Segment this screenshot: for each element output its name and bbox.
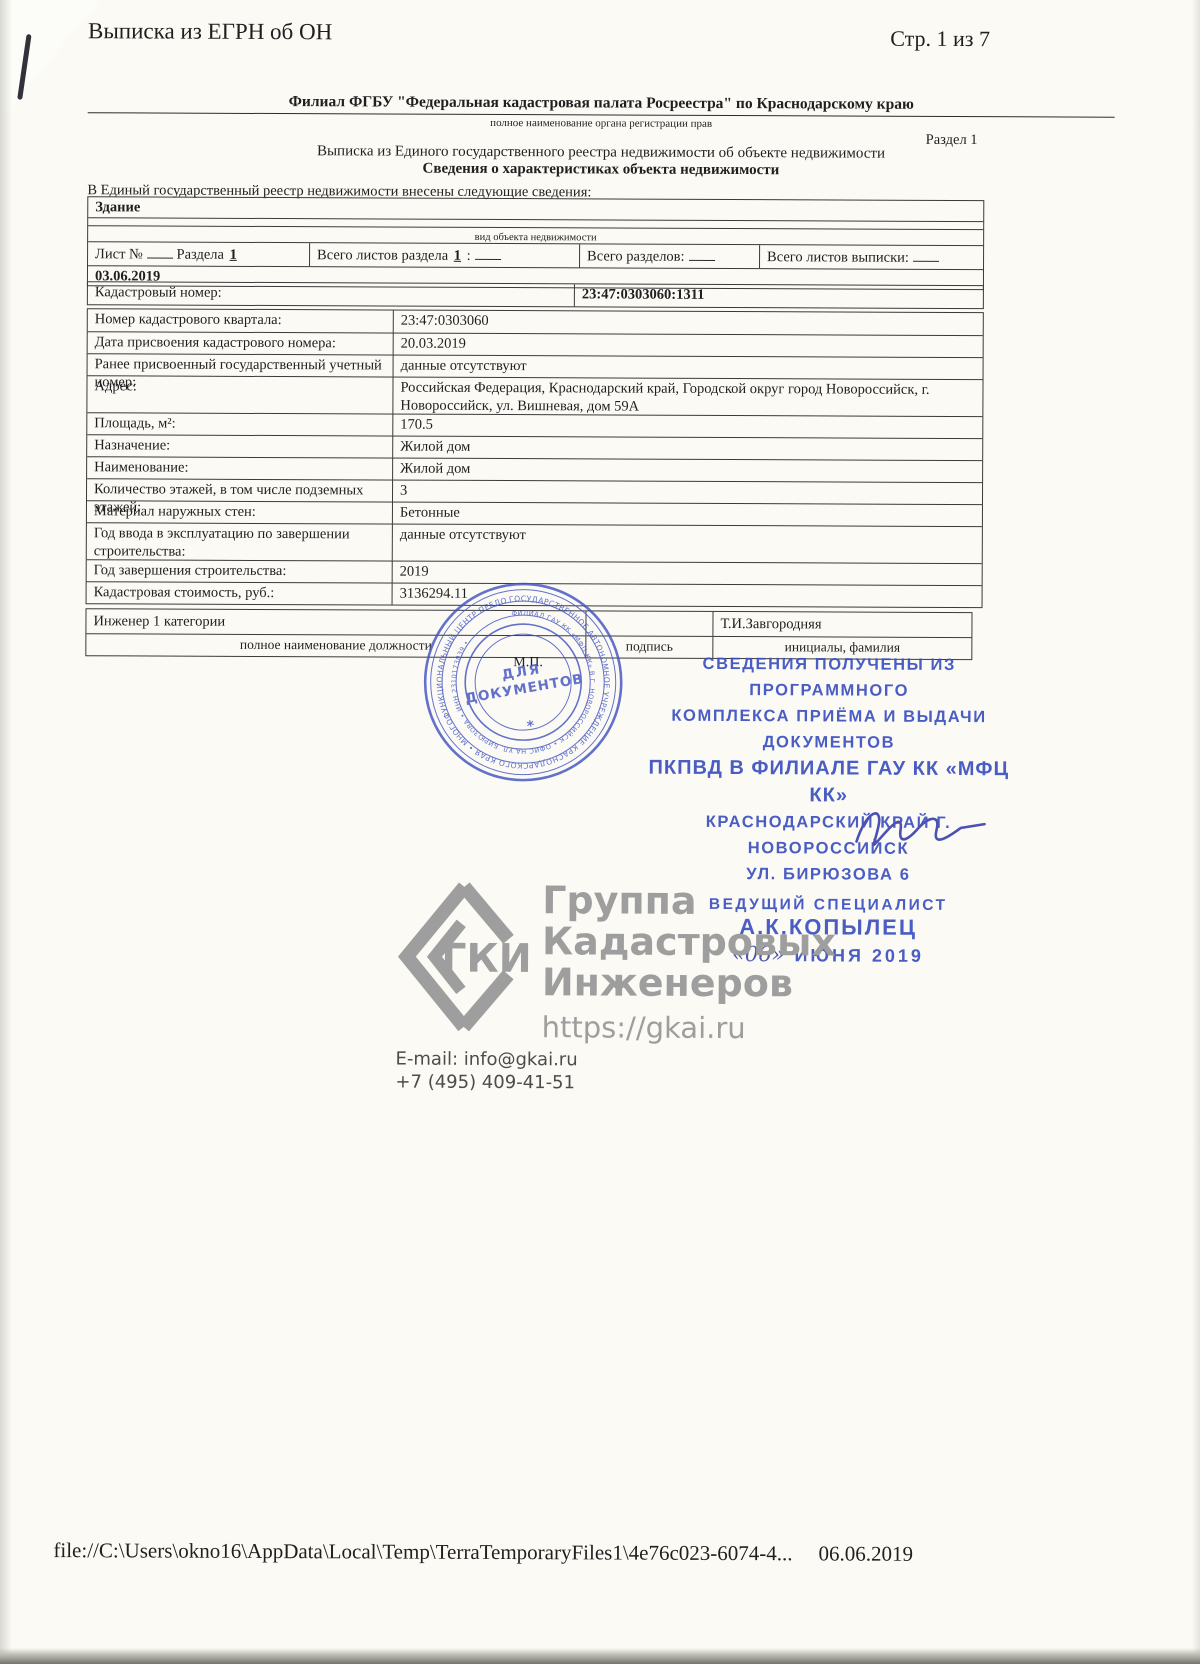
- gki-logo: ГКИ: [398, 878, 537, 1037]
- footer-file-path: file://C:\Users\okno16\AppData\Local\Tem…: [53, 1538, 792, 1566]
- blank-line: [689, 248, 715, 261]
- watermark-phone: +7 (495) 409-41-51: [395, 1071, 577, 1095]
- info-stamp-line: СВЕДЕНИЯ ПОЛУЧЕНЫ ИЗ ПРОГРАММНОГО: [633, 651, 1025, 705]
- sections-total-cell: Всего разделов:: [580, 244, 760, 268]
- field-label: Дата присвоения кадастрового номера:: [88, 332, 394, 354]
- table-row: Дата присвоения кадастрового номера: 20.…: [88, 331, 983, 357]
- blank-line: [913, 249, 939, 262]
- field-label: Площадь, м²:: [87, 413, 393, 435]
- round-stamp-for-documents: ГОСУДАРСТВЕННОЕ АВТОНОМНОЕ УЧРЕЖДЕНИЕ КР…: [420, 579, 627, 786]
- table-row: Назначение: Жилой дом: [87, 434, 982, 460]
- org-caption: полное наименование органа регистрации п…: [88, 115, 1115, 131]
- scan-edge-bottom: [0, 1648, 1200, 1664]
- sheet-label: Лист №: [95, 246, 143, 262]
- field-value: 23:47:0303060: [394, 311, 983, 334]
- table-row: Номер кадастрового квартала: 23:47:03030…: [88, 309, 983, 335]
- field-value: Бетонные: [393, 503, 982, 526]
- field-value: 20.03.2019: [394, 334, 983, 357]
- field-value: Жилой дом: [393, 437, 982, 460]
- field-label: Кадастровая стоимость, руб.:: [87, 582, 393, 604]
- footer-date: 06.06.2019: [819, 1541, 914, 1566]
- sheet-row: Лист № Раздела 1 Всего листов раздела 1 …: [88, 241, 983, 269]
- table-row: Ранее присвоенный государственный учетны…: [88, 353, 983, 379]
- blank-line: [147, 245, 173, 258]
- table-row: Адрес: Российская Федерация, Краснодарск…: [87, 375, 982, 416]
- sheets-total-label: Всего листов раздела: [317, 247, 448, 264]
- field-value: Жилой дом: [393, 459, 982, 482]
- footer: file://C:\Users\okno16\AppData\Local\Tem…: [53, 1538, 913, 1567]
- gki-logo-text: ГКИ: [441, 936, 532, 982]
- field-label: Кадастровый номер:: [88, 282, 575, 306]
- object-type: Здание: [88, 197, 147, 217]
- field-label: Ранее присвоенный государственный учетны…: [88, 354, 394, 376]
- field-value: данные отсутствуют: [394, 356, 983, 379]
- engineer-name: Т.И.Завгородняя: [713, 612, 971, 635]
- table-row: Год ввода в эксплуатацию по завершении с…: [87, 522, 982, 563]
- watermark-company-name: Группа Кадастровых Инженеров: [542, 880, 836, 1004]
- field-label: Год завершения строительства:: [87, 560, 393, 582]
- cadastral-number-table: Кадастровый номер: 23:47:0303060:1311: [87, 281, 984, 309]
- watermark-url: https://gkai.ru: [542, 1010, 746, 1045]
- sections-total-label: Всего разделов:: [587, 248, 685, 264]
- field-value: данные отсутствуют: [393, 525, 982, 548]
- sheets-total-number: 1: [452, 248, 463, 264]
- table-row: Наименование: Жилой дом: [87, 456, 982, 482]
- table-row: Кадастровый номер: 23:47:0303060:1311: [88, 282, 983, 308]
- table-row: Количество этажей, в том числе подземных…: [87, 478, 982, 504]
- scanned-page: Выписка из ЕГРН об ОН Стр. 1 из 7 Филиал…: [0, 0, 1200, 1664]
- field-label: Материал наружных стен:: [87, 501, 393, 523]
- colon: :: [467, 248, 471, 264]
- watermark-email: E-mail: info@gkai.ru: [396, 1048, 578, 1072]
- handwritten-signature: [848, 802, 998, 861]
- razdel-label: Раздела: [176, 247, 224, 263]
- watermark-line: Группа: [542, 880, 836, 922]
- extract-sheets-label: Всего листов выписки:: [767, 249, 909, 266]
- characteristics-table: Номер кадастрового квартала: 23:47:03030…: [86, 308, 984, 608]
- field-label: Адрес:: [87, 376, 393, 413]
- watermark-contacts: E-mail: info@gkai.ru +7 (495) 409-41-51: [395, 1048, 577, 1095]
- field-label: Наименование:: [87, 457, 393, 479]
- field-value: Российская Федерация, Краснодарский край…: [393, 378, 982, 419]
- sheet-cell: Лист № Раздела 1: [88, 242, 310, 266]
- field-value: 23:47:0303060:1311: [575, 284, 983, 306]
- org-name: Филиал ФГБУ "Федеральная кадастровая пал…: [289, 93, 914, 115]
- info-stamp-line: КОМПЛЕКСА ПРИЁМА И ВЫДАЧИ ДОКУМЕНТОВ: [633, 703, 1025, 757]
- document-content: Выписка из ЕГРН об ОН Стр. 1 из 7 Филиал…: [0, 0, 1200, 1664]
- blank-line: [475, 247, 501, 260]
- org-header: Филиал ФГБУ "Федеральная кадастровая пал…: [88, 92, 1115, 131]
- field-label: Номер кадастрового квартала:: [88, 309, 394, 332]
- watermark-line: Инженеров: [542, 962, 836, 1004]
- document-title-line2: Сведения о характеристиках объекта недви…: [87, 159, 1114, 180]
- stamp-star: *: [526, 718, 537, 735]
- field-value: 3: [393, 481, 982, 504]
- field-label: Назначение:: [87, 435, 393, 457]
- table-row: Материал наружных стен: Бетонные: [87, 500, 982, 526]
- table-row: Площадь, м²: 170.5: [87, 412, 982, 438]
- object-type-table: Здание вид объекта недвижимости Лист № Р…: [87, 196, 984, 290]
- field-label: Год ввода в эксплуатацию по завершении с…: [87, 523, 393, 560]
- field-value: 170.5: [393, 415, 982, 438]
- watermark-line: Кадастровых: [542, 921, 836, 963]
- page-counter: Стр. 1 из 7: [890, 26, 990, 52]
- razdel-number: 1: [228, 247, 239, 263]
- extract-sheets-cell: Всего листов выписки:: [760, 245, 983, 268]
- field-label: Количество этажей, в том числе подземных…: [87, 479, 393, 501]
- viewer-document-title: Выписка из ЕГРН об ОН: [88, 18, 332, 45]
- sheets-total-cell: Всего листов раздела 1 :: [310, 243, 580, 267]
- pen-mark: [17, 34, 31, 100]
